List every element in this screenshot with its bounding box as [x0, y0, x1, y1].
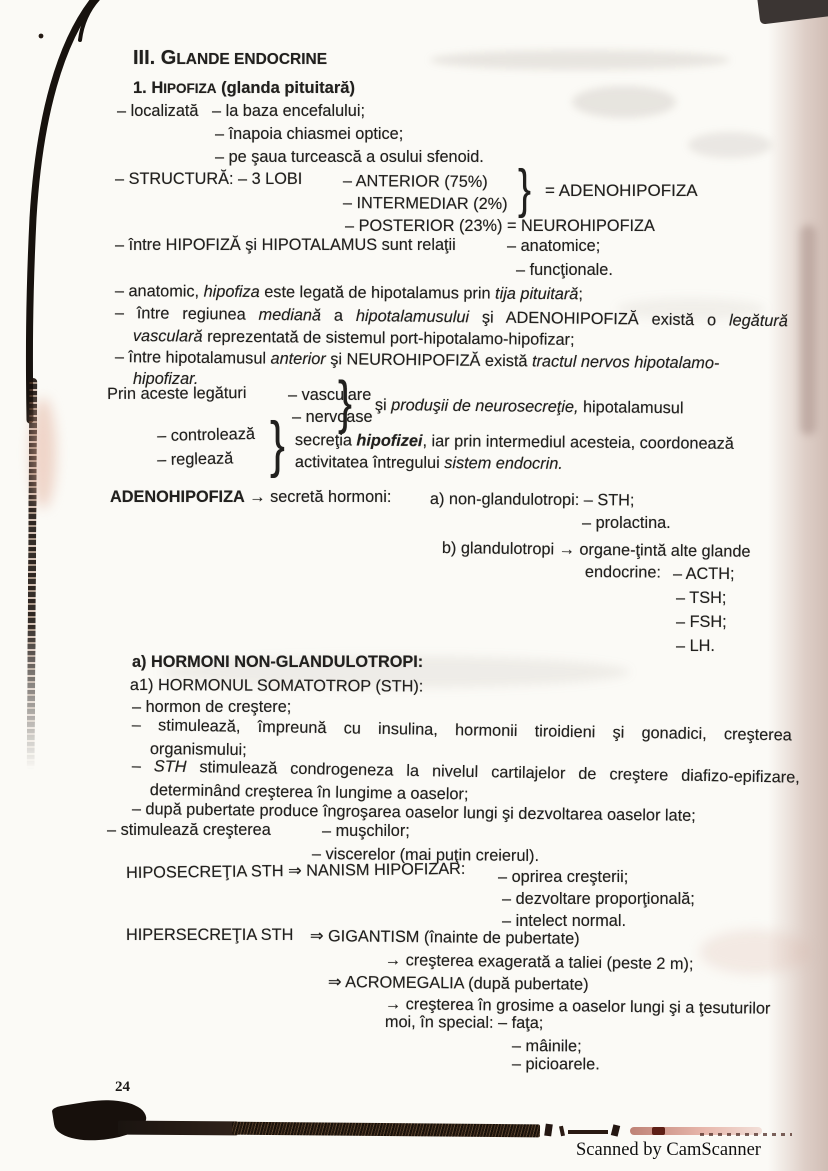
- book-edge-mark: [652, 1127, 665, 1135]
- text-segment: STH: [154, 757, 187, 776]
- text-segment: – la baza encefalului;: [212, 102, 365, 120]
- text-segment: endocrine:: [585, 563, 661, 582]
- text-segment: → secretă hormoni:: [245, 488, 392, 506]
- text-line: – reglează: [157, 449, 233, 469]
- text-segment: – muşchilor;: [322, 822, 410, 840]
- text-segment: tractul nervos hipotalamo-: [532, 352, 720, 372]
- text-segment: = ADENOHIPOFIZA: [545, 181, 698, 200]
- text-segment: – funcţionale.: [516, 261, 613, 279]
- text-line: moi, în special: – faţa;: [385, 1013, 544, 1033]
- text-segment: – hormon de creştere;: [132, 698, 291, 716]
- text-line: ⇒ ACROMEGALIA (după pubertate): [328, 973, 589, 994]
- text-segment: ADENOHIPOFIZA: [110, 488, 245, 506]
- text-segment: HIPOSECREŢIA STH ⇒ NANISM HIPOFIZAR:: [126, 860, 466, 882]
- text-line: – dezvoltare proporţională;: [502, 890, 695, 909]
- text-segment: mediană: [258, 306, 321, 325]
- text-line: – vasculare: [288, 386, 371, 405]
- text-segment: hipotalamusului: [356, 307, 469, 326]
- text-line: – ANTERIOR (75%): [343, 172, 488, 192]
- text-line: – FSH;: [676, 613, 727, 632]
- text-segment: şi NEUROHIPOFIZĂ există: [326, 350, 532, 370]
- text-segment: legătură: [729, 312, 788, 331]
- text-line: – prolactina.: [582, 514, 671, 533]
- text-line: – STRUCTURĂ: – 3 LOBI: [115, 170, 302, 189]
- text-line: – localizată: [117, 102, 198, 121]
- text-segment: – între regiunea: [115, 304, 259, 324]
- text-line: b) glandulotropi → organe-ţintă alte gla…: [442, 539, 751, 562]
- text-line: vasculară reprezentată de sistemul port-…: [133, 327, 575, 350]
- text-line: activitatea întregului sistem endocrin.: [295, 453, 563, 474]
- text-segment: III. G: [133, 47, 176, 69]
- text-line: = ADENOHIPOFIZA: [545, 181, 698, 201]
- subsection-heading: a) HORMONI NON-GLANDULOTROPI:: [132, 653, 423, 672]
- page-edge-shadow: [768, 0, 828, 1171]
- text-line: HIPOSECREŢIA STH ⇒ NANISM HIPOFIZAR:: [126, 860, 466, 883]
- text-segment: → creşterea exagerată a taliei (peste 2 …: [385, 951, 694, 973]
- text-line: – hormon de creştere;: [132, 698, 291, 717]
- text-segment: – mâinile;: [512, 1037, 582, 1055]
- topic-heading: 1. HIPOFIZA (glanda pituitară): [133, 79, 355, 98]
- text-line: – între HIPOFIZĂ şi HIPOTALAMUS sunt rel…: [115, 236, 456, 255]
- brace: }: [518, 168, 531, 210]
- text-line: – picioarele.: [512, 1055, 600, 1074]
- text-segment: este legată de hipotalamus prin: [260, 283, 495, 303]
- text-line: – pe şaua turcească a osului sfenoid.: [215, 148, 484, 167]
- text-line: – oprirea creşterii;: [498, 868, 628, 887]
- text-segment: – STRUCTURĂ: – 3 LOBI: [115, 170, 302, 188]
- book-edge-texture: [232, 1122, 540, 1138]
- bleedthrough-smudge: [572, 86, 676, 118]
- text-line: – POSTERIOR (23%) = NEUROHIPOFIZA: [345, 217, 655, 236]
- text-line: – înapoia chiasmei optice;: [215, 125, 403, 144]
- text-line: – stimulează creşterea: [107, 821, 271, 840]
- text-line: HIPERSECREŢIA STH: [126, 926, 293, 945]
- text-segment: – LH.: [676, 637, 715, 655]
- text-segment: ;: [578, 285, 583, 303]
- text-segment: b) glandulotropi → organe-ţintă alte gla…: [442, 539, 751, 561]
- bleedthrough-smudge: [688, 132, 772, 158]
- section-heading: III. GLANDE ENDOCRINE: [133, 47, 327, 70]
- text-line: endocrine:: [585, 563, 661, 582]
- text-segment: – prolactina.: [582, 514, 671, 532]
- text-line: – INTERMEDIAR (2%): [343, 194, 508, 214]
- book-edge-band: [118, 1121, 238, 1136]
- text-line: – mâinile;: [512, 1037, 582, 1056]
- text-segment: produşii de neurosecreţie,: [391, 396, 579, 416]
- text-segment: – oprirea creşterii;: [498, 868, 628, 886]
- text-line: → creşterea exagerată a taliei (peste 2 …: [385, 951, 694, 974]
- text-line: – ACTH;: [673, 565, 735, 584]
- bleedthrough-smudge: [700, 930, 810, 974]
- text-segment: sistem endocrin.: [444, 454, 563, 473]
- book-edge-mark: [700, 1133, 792, 1136]
- text-segment: – reglează: [157, 449, 233, 469]
- text-line: – între hipotalamusul anterior şi NEUROH…: [115, 348, 720, 373]
- text-segment: (glanda pituitară): [217, 79, 355, 97]
- text-segment: tija pituitară: [495, 285, 578, 304]
- text-segment: vasculară: [133, 327, 203, 346]
- text-segment: – picioarele.: [512, 1055, 600, 1073]
- text-line: a) non-glandulotropi: – STH;: [430, 490, 635, 510]
- text-segment: secreţia: [295, 431, 357, 450]
- text-segment: 1. H: [133, 79, 163, 97]
- text-line: ADENOHIPOFIZA → secretă hormoni:: [110, 488, 391, 507]
- text-segment: a) non-glandulotropi: – STH;: [430, 490, 635, 509]
- text-segment: –: [132, 757, 154, 775]
- text-segment: – INTERMEDIAR (2%): [343, 194, 508, 213]
- text-line: – intelect normal.: [502, 912, 626, 931]
- text-segment: a1) HORMONUL SOMATOTROP (STH):: [130, 676, 423, 696]
- text-segment: a: [321, 307, 356, 325]
- text-line: Prin aceste legături: [107, 384, 247, 404]
- text-segment: HIPERSECREŢIA STH: [126, 926, 293, 944]
- text-segment: – dezvoltare proporţională;: [502, 890, 695, 908]
- bleedthrough-smudge: [430, 50, 730, 70]
- text-segment: – controlează: [157, 425, 255, 445]
- camscanner-watermark: Scanned by CamScanner: [576, 1140, 761, 1161]
- page-edge-streak: [800, 225, 816, 435]
- book-edge-mark: [559, 1126, 565, 1137]
- text-segment: – TSH;: [676, 589, 726, 607]
- text-segment: – POSTERIOR (23%) = NEUROHIPOFIZA: [345, 217, 655, 235]
- text-line: a1) HORMONUL SOMATOTROP (STH):: [130, 676, 423, 696]
- text-segment: , iar prin intermediul acesteia, coordon…: [422, 432, 733, 453]
- scanned-page: III. GLANDE ENDOCRINE1. HIPOFIZA (glanda…: [0, 0, 828, 1171]
- text-line: – muşchilor;: [322, 822, 410, 841]
- text-line: – funcţionale.: [516, 261, 613, 280]
- text-segment: – nervoase: [292, 408, 373, 426]
- text-line: – nervoase: [292, 408, 373, 427]
- text-segment: – între hipotalamusul: [115, 348, 271, 368]
- text-segment: moi, în special: – faţa;: [385, 1013, 543, 1032]
- book-edge-mark: [544, 1124, 553, 1137]
- text-segment: }: [518, 159, 531, 219]
- text-segment: – vasculare: [288, 386, 371, 404]
- text-segment: IPOFIZA: [163, 81, 216, 96]
- text-segment: – pe şaua turcească a osului sfenoid.: [215, 148, 484, 166]
- page-number: 24: [115, 1079, 130, 1096]
- text-line: – controlează: [157, 425, 255, 446]
- book-edge-mark: [611, 1124, 620, 1136]
- text-line: – la baza encefalului;: [212, 102, 365, 121]
- text-segment: activitatea întregului: [295, 453, 444, 472]
- text-segment: – ANTERIOR (75%): [343, 172, 488, 191]
- text-segment: a) HORMONI NON-GLANDULOTROPI:: [132, 653, 423, 671]
- text-segment: – anatomice;: [507, 237, 600, 255]
- text-segment: şi: [375, 396, 391, 414]
- text-segment: – anatomic,: [115, 282, 204, 301]
- text-segment: hipotalamusul: [578, 398, 683, 417]
- text-segment: – intelect normal.: [502, 912, 626, 930]
- text-segment: hipofiza: [204, 283, 260, 301]
- text-segment: – localizată: [117, 102, 198, 120]
- text-segment: organismului;: [150, 740, 247, 759]
- text-segment: reprezentată de sistemul port-hipotalamo…: [203, 328, 575, 349]
- text-segment: – stimulează creşterea: [107, 821, 271, 839]
- text-line: – TSH;: [676, 589, 726, 608]
- text-segment: – înapoia chiasmei optice;: [215, 125, 403, 143]
- text-segment: }: [338, 370, 352, 435]
- text-segment: – FSH;: [676, 613, 727, 631]
- text-segment: şi ADENOHIPOFIZĂ există o: [469, 308, 729, 329]
- text-line: – anatomice;: [507, 237, 600, 256]
- text-line: şi produşii de neurosecreţie, hipotalamu…: [375, 396, 684, 418]
- text-line: – LH.: [676, 637, 715, 656]
- text-segment: hipofizei: [356, 432, 422, 451]
- book-edge-mark: [568, 1130, 608, 1134]
- binding-smudge: [30, 398, 56, 508]
- text-line: ⇒ GIGANTISM (înainte de pubertate): [310, 927, 580, 949]
- top-right-corner-shadow: [756, 0, 828, 25]
- text-segment: Prin aceste legături: [107, 384, 246, 403]
- text-segment: }: [270, 410, 285, 479]
- text-line: secreţia hipofizei, iar prin intermediul…: [295, 431, 734, 454]
- brace: }: [270, 421, 285, 469]
- text-segment: ⇒ ACROMEGALIA (după pubertate): [328, 973, 589, 994]
- text-segment: – ACTH;: [673, 565, 735, 583]
- text-line: – anatomic, hipofiza este legată de hipo…: [115, 282, 583, 304]
- text-segment: – între HIPOFIZĂ şi HIPOTALAMUS sunt rel…: [115, 236, 456, 254]
- text-segment: anterior: [270, 350, 325, 369]
- brace: }: [338, 380, 352, 425]
- text-segment: LANDE ENDOCRINE: [176, 51, 327, 68]
- text-segment: ⇒ GIGANTISM (înainte de pubertate): [310, 927, 580, 948]
